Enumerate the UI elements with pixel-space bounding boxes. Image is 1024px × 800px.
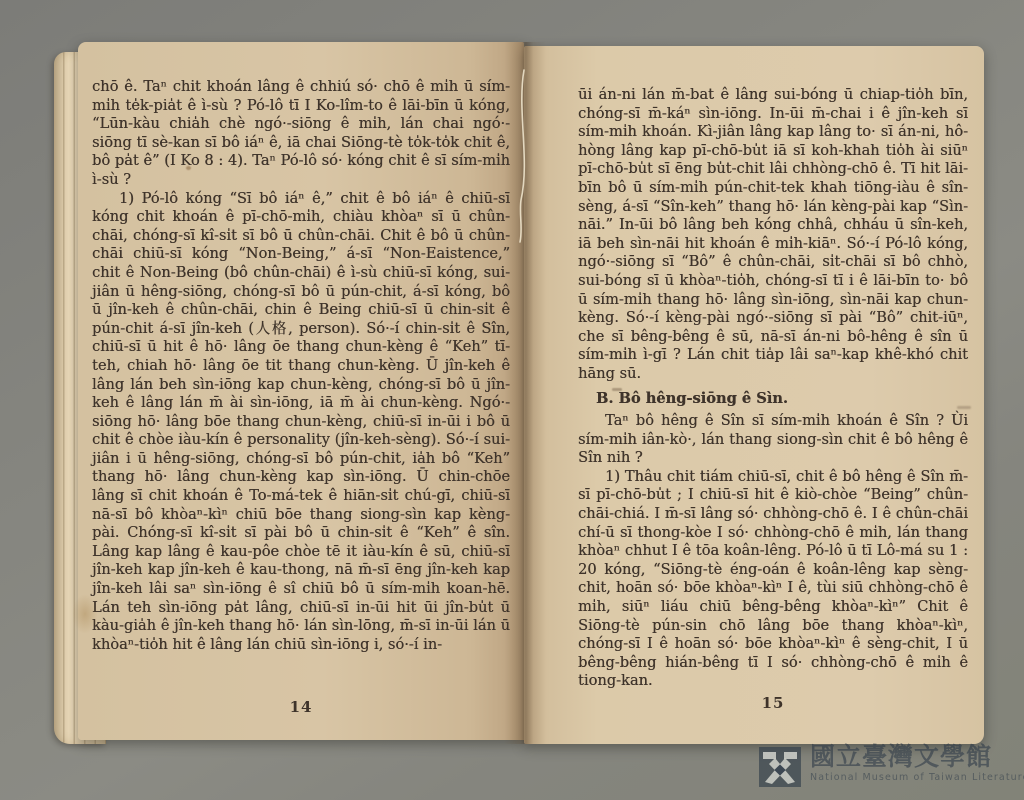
page-number-right: 15 [578,694,968,712]
left-page-text: chō ê. Taⁿ chit khoán lâng ê chhiú só· c… [92,78,510,654]
paragraph: Taⁿ bô hêng ê Sîn sī sím-mi̍h khoán ê Sî… [578,412,968,468]
photo-background: chō ê. Taⁿ chit khoán lâng ê chhiú só· c… [0,0,1024,800]
paragraph: ūi án-ni lán m̄-bat ê lâng sui-bóng ū ch… [578,86,968,384]
watermark: 國立臺灣文學館 National Museum of Taiwan Litera… [758,742,1024,798]
museum-logo-icon [758,744,802,788]
paragraph: chō ê. Taⁿ chit khoán lâng ê chhiú só· c… [92,78,510,190]
paragraph: 1) Thâu chit tiám chiū-sī, chit ê bô hên… [578,468,968,691]
section-heading: B. Bô hêng-siōng ê Sìn. [578,390,968,409]
museum-name-zh: 國立臺灣文學館 [810,742,1024,772]
open-book: chō ê. Taⁿ chit khoán lâng ê chhiú só· c… [52,34,988,750]
right-page-text: ūi án-ni lán m̄-bat ê lâng sui-bóng ū ch… [578,86,968,691]
watermark-text: 國立臺灣文學館 National Museum of Taiwan Litera… [810,742,1024,784]
paragraph: 1) Pó-lô kóng “Sī bô iáⁿ ê,” chit ê bô i… [92,190,510,655]
page-number-left: 14 [92,698,510,716]
museum-name-en: National Museum of Taiwan Literature [810,772,1024,784]
